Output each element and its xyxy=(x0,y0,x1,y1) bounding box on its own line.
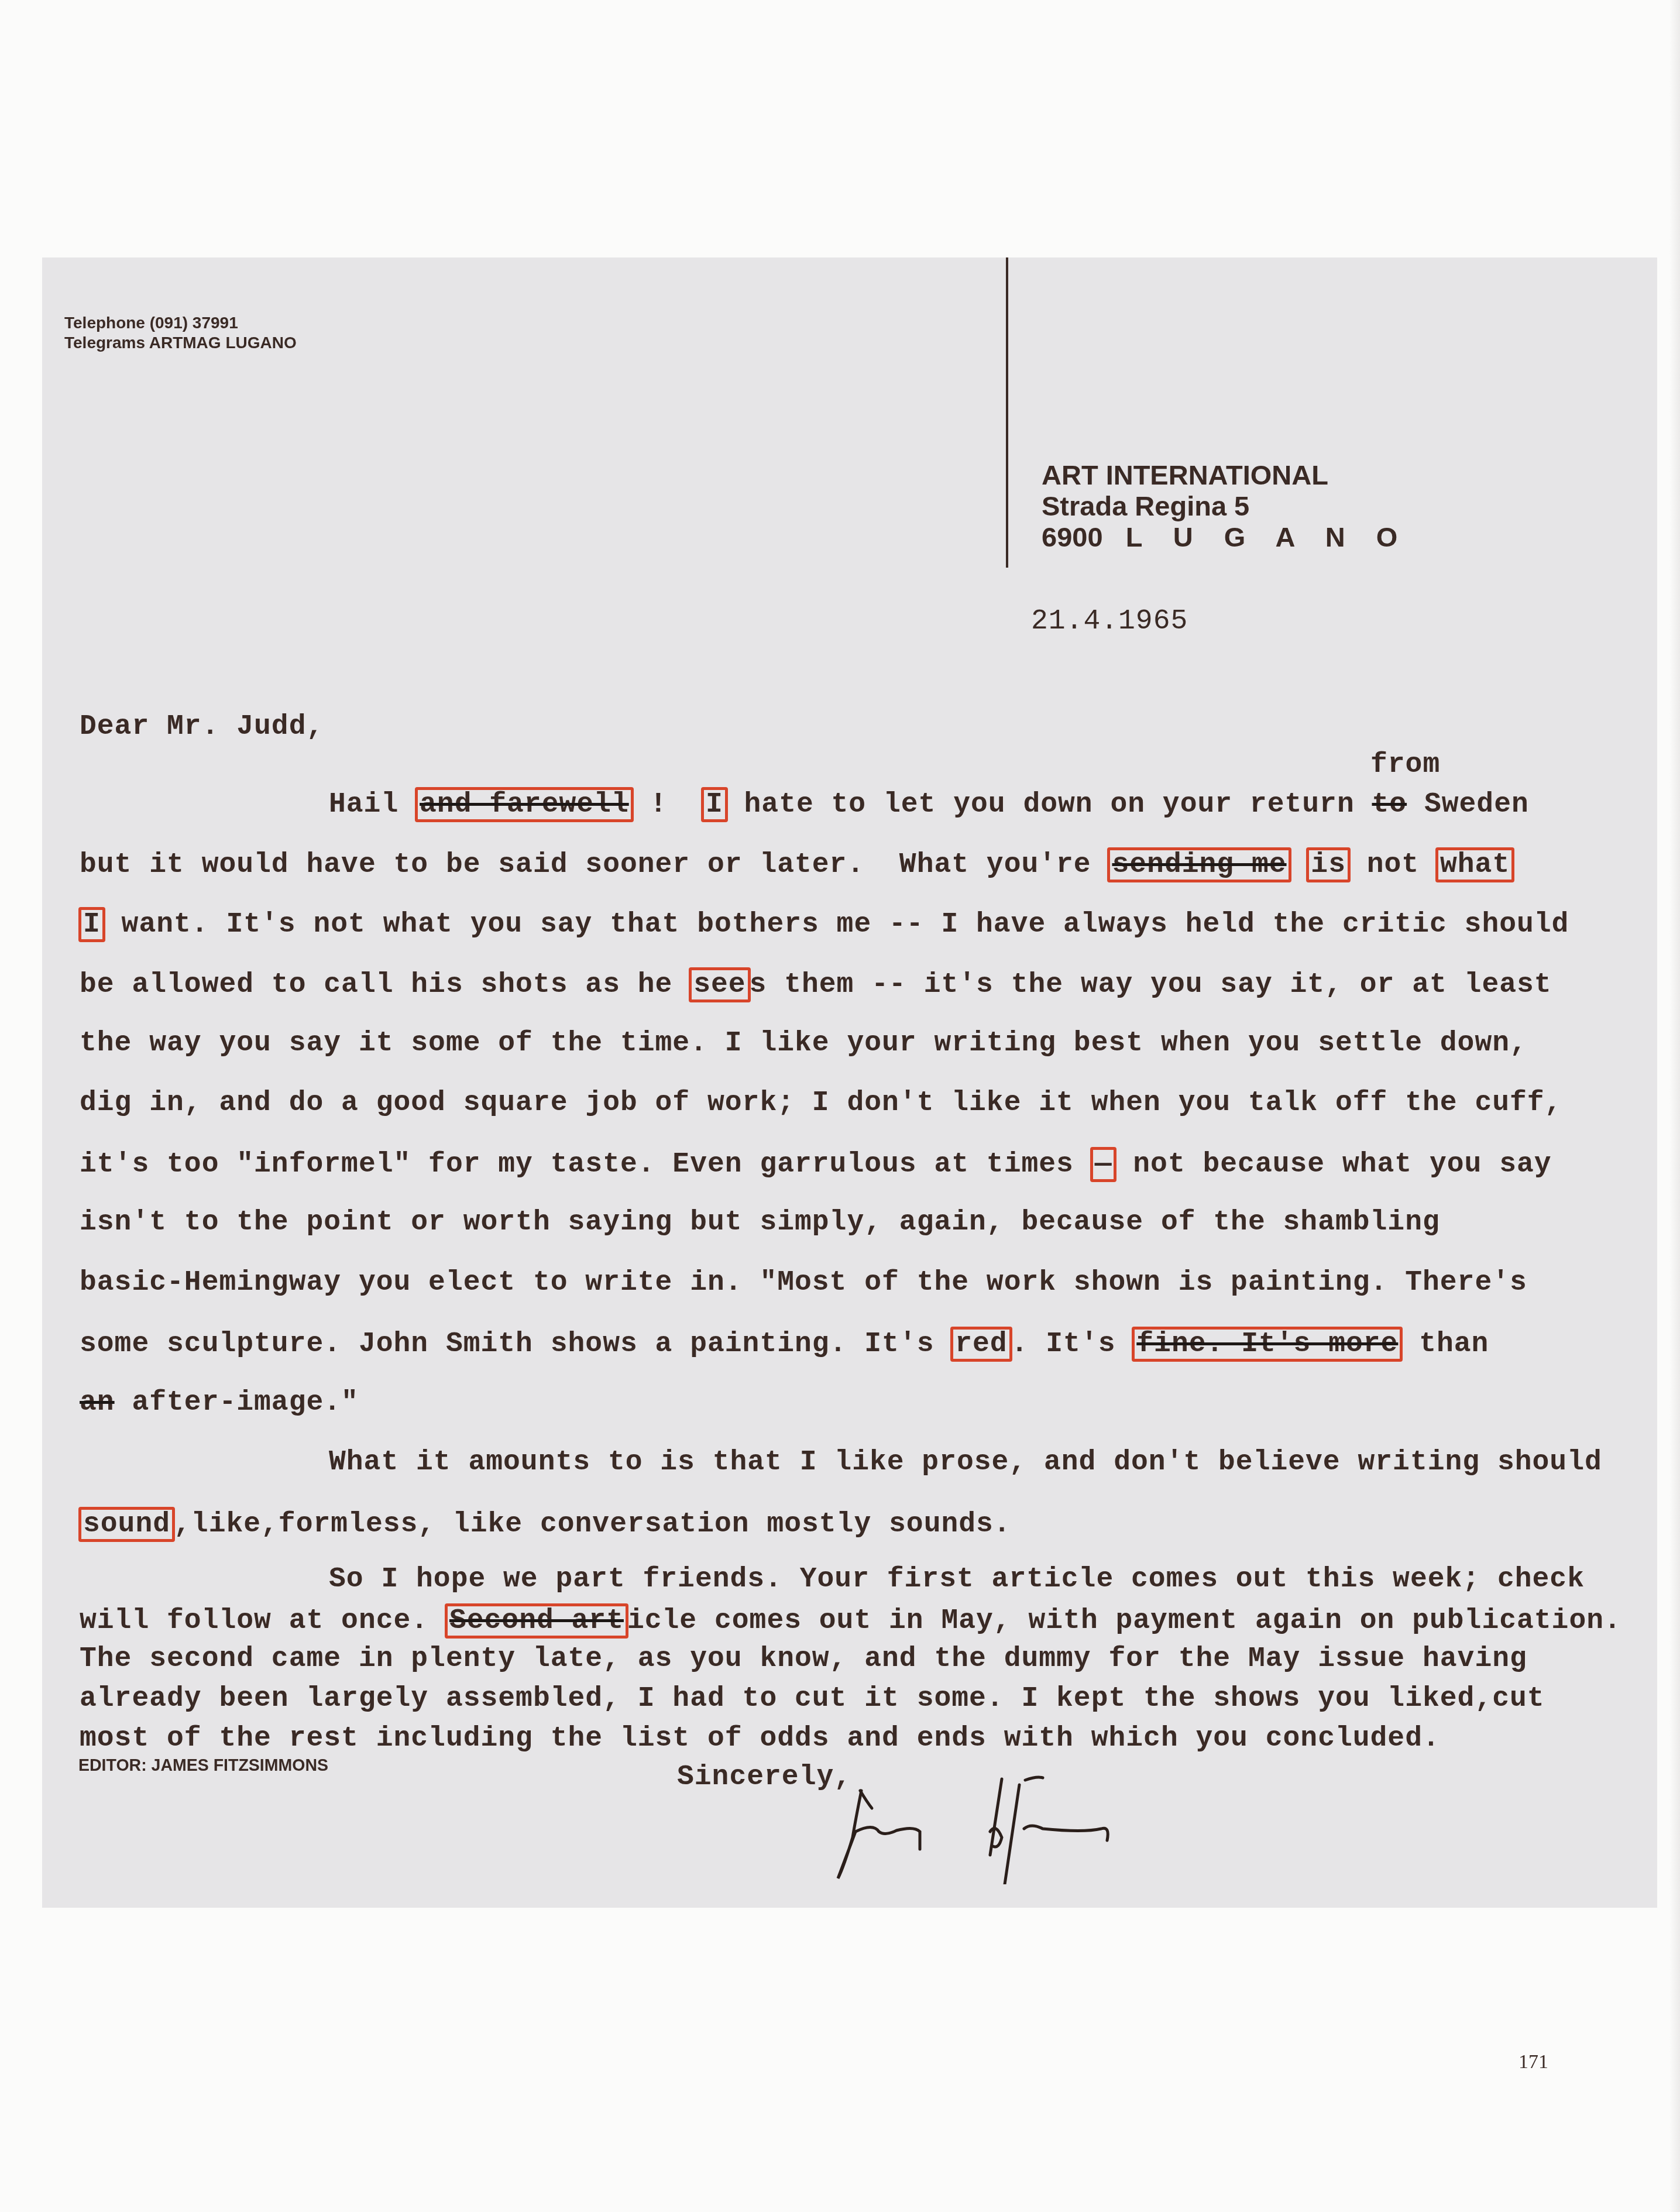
city: L U G A N O xyxy=(1126,521,1410,552)
edit-box: I xyxy=(701,787,728,822)
edit-box: fine. It's more xyxy=(1132,1327,1403,1362)
edit-box: red xyxy=(950,1327,1012,1362)
body-line-6: dig in, and do a good square job of work… xyxy=(80,1087,1562,1119)
body-line-8: isn't to the point or worth saying but s… xyxy=(80,1207,1440,1238)
edit-box: what xyxy=(1435,847,1514,882)
org-name: ART INTERNATIONAL xyxy=(1042,459,1409,490)
body-line-9: basic-Hemingway you elect to write in. "… xyxy=(80,1267,1527,1299)
editor-line: EDITOR: JAMES FITZSIMMONS xyxy=(78,1756,328,1775)
edit-box: sound xyxy=(78,1507,175,1542)
body-line-16: The second came in plenty late, as you k… xyxy=(80,1643,1527,1675)
edit-box: is xyxy=(1306,847,1351,882)
salutation: Dear Mr. Judd, xyxy=(80,711,324,743)
page-number: 171 xyxy=(1518,2051,1548,2073)
edit-box: and farewell xyxy=(415,787,634,822)
edit-box: sending me xyxy=(1107,847,1291,882)
insertion-from: from xyxy=(1370,749,1440,781)
edit-box: I xyxy=(78,907,105,942)
body-line-3: I want. It's not what you say that bothe… xyxy=(80,907,1569,942)
edit-box: Second art xyxy=(445,1603,628,1639)
body-line-2: but it would have to be said sooner or l… xyxy=(80,847,1513,882)
body-line-10: some sculpture. John Smith shows a paint… xyxy=(80,1327,1489,1362)
page-edge-shadow xyxy=(1669,0,1680,2212)
letterhead-contact: Telephone (091) 37991 Telegrams ARTMAG L… xyxy=(64,313,297,353)
body-line-5: the way you say it some of the time. I l… xyxy=(80,1028,1527,1059)
edit-box: see xyxy=(689,967,750,1002)
body-line-18: most of the rest including the list of o… xyxy=(80,1723,1440,1754)
body-line-15: will follow at once. Second article come… xyxy=(80,1603,1621,1639)
signature xyxy=(820,1767,1382,1884)
body-line-14: So I hope we part friends. Your first ar… xyxy=(329,1564,1585,1595)
city-line: 6900 L U G A N O xyxy=(1042,521,1409,552)
body-line-1: Hail and farewell ! I hate to let you do… xyxy=(329,787,1529,822)
letterhead-divider xyxy=(1006,257,1008,568)
body-line-17: already been largely assembled, I had to… xyxy=(80,1683,1545,1715)
body-line-11: an after-image." xyxy=(80,1387,359,1418)
body-line-7: it's too "informel" for my taste. Even g… xyxy=(80,1147,1552,1182)
edit-box: — xyxy=(1090,1147,1117,1182)
body-line-12: What it amounts to is that I like prose,… xyxy=(329,1447,1602,1478)
letterhead-address: ART INTERNATIONAL Strada Regina 5 6900 L… xyxy=(1042,459,1409,552)
postcode: 6900 xyxy=(1042,521,1103,552)
body-line-4: be allowed to call his shots as he sees … xyxy=(80,967,1552,1002)
telegrams-line: Telegrams ARTMAG LUGANO xyxy=(64,333,297,353)
telephone-line: Telephone (091) 37991 xyxy=(64,313,297,333)
letter-date: 21.4.1965 xyxy=(1031,606,1188,637)
street: Strada Regina 5 xyxy=(1042,490,1409,521)
body-line-13: sound,like,formless, like conversation m… xyxy=(80,1507,1011,1542)
letter-sheet: Telephone (091) 37991 Telegrams ARTMAG L… xyxy=(42,257,1657,1908)
